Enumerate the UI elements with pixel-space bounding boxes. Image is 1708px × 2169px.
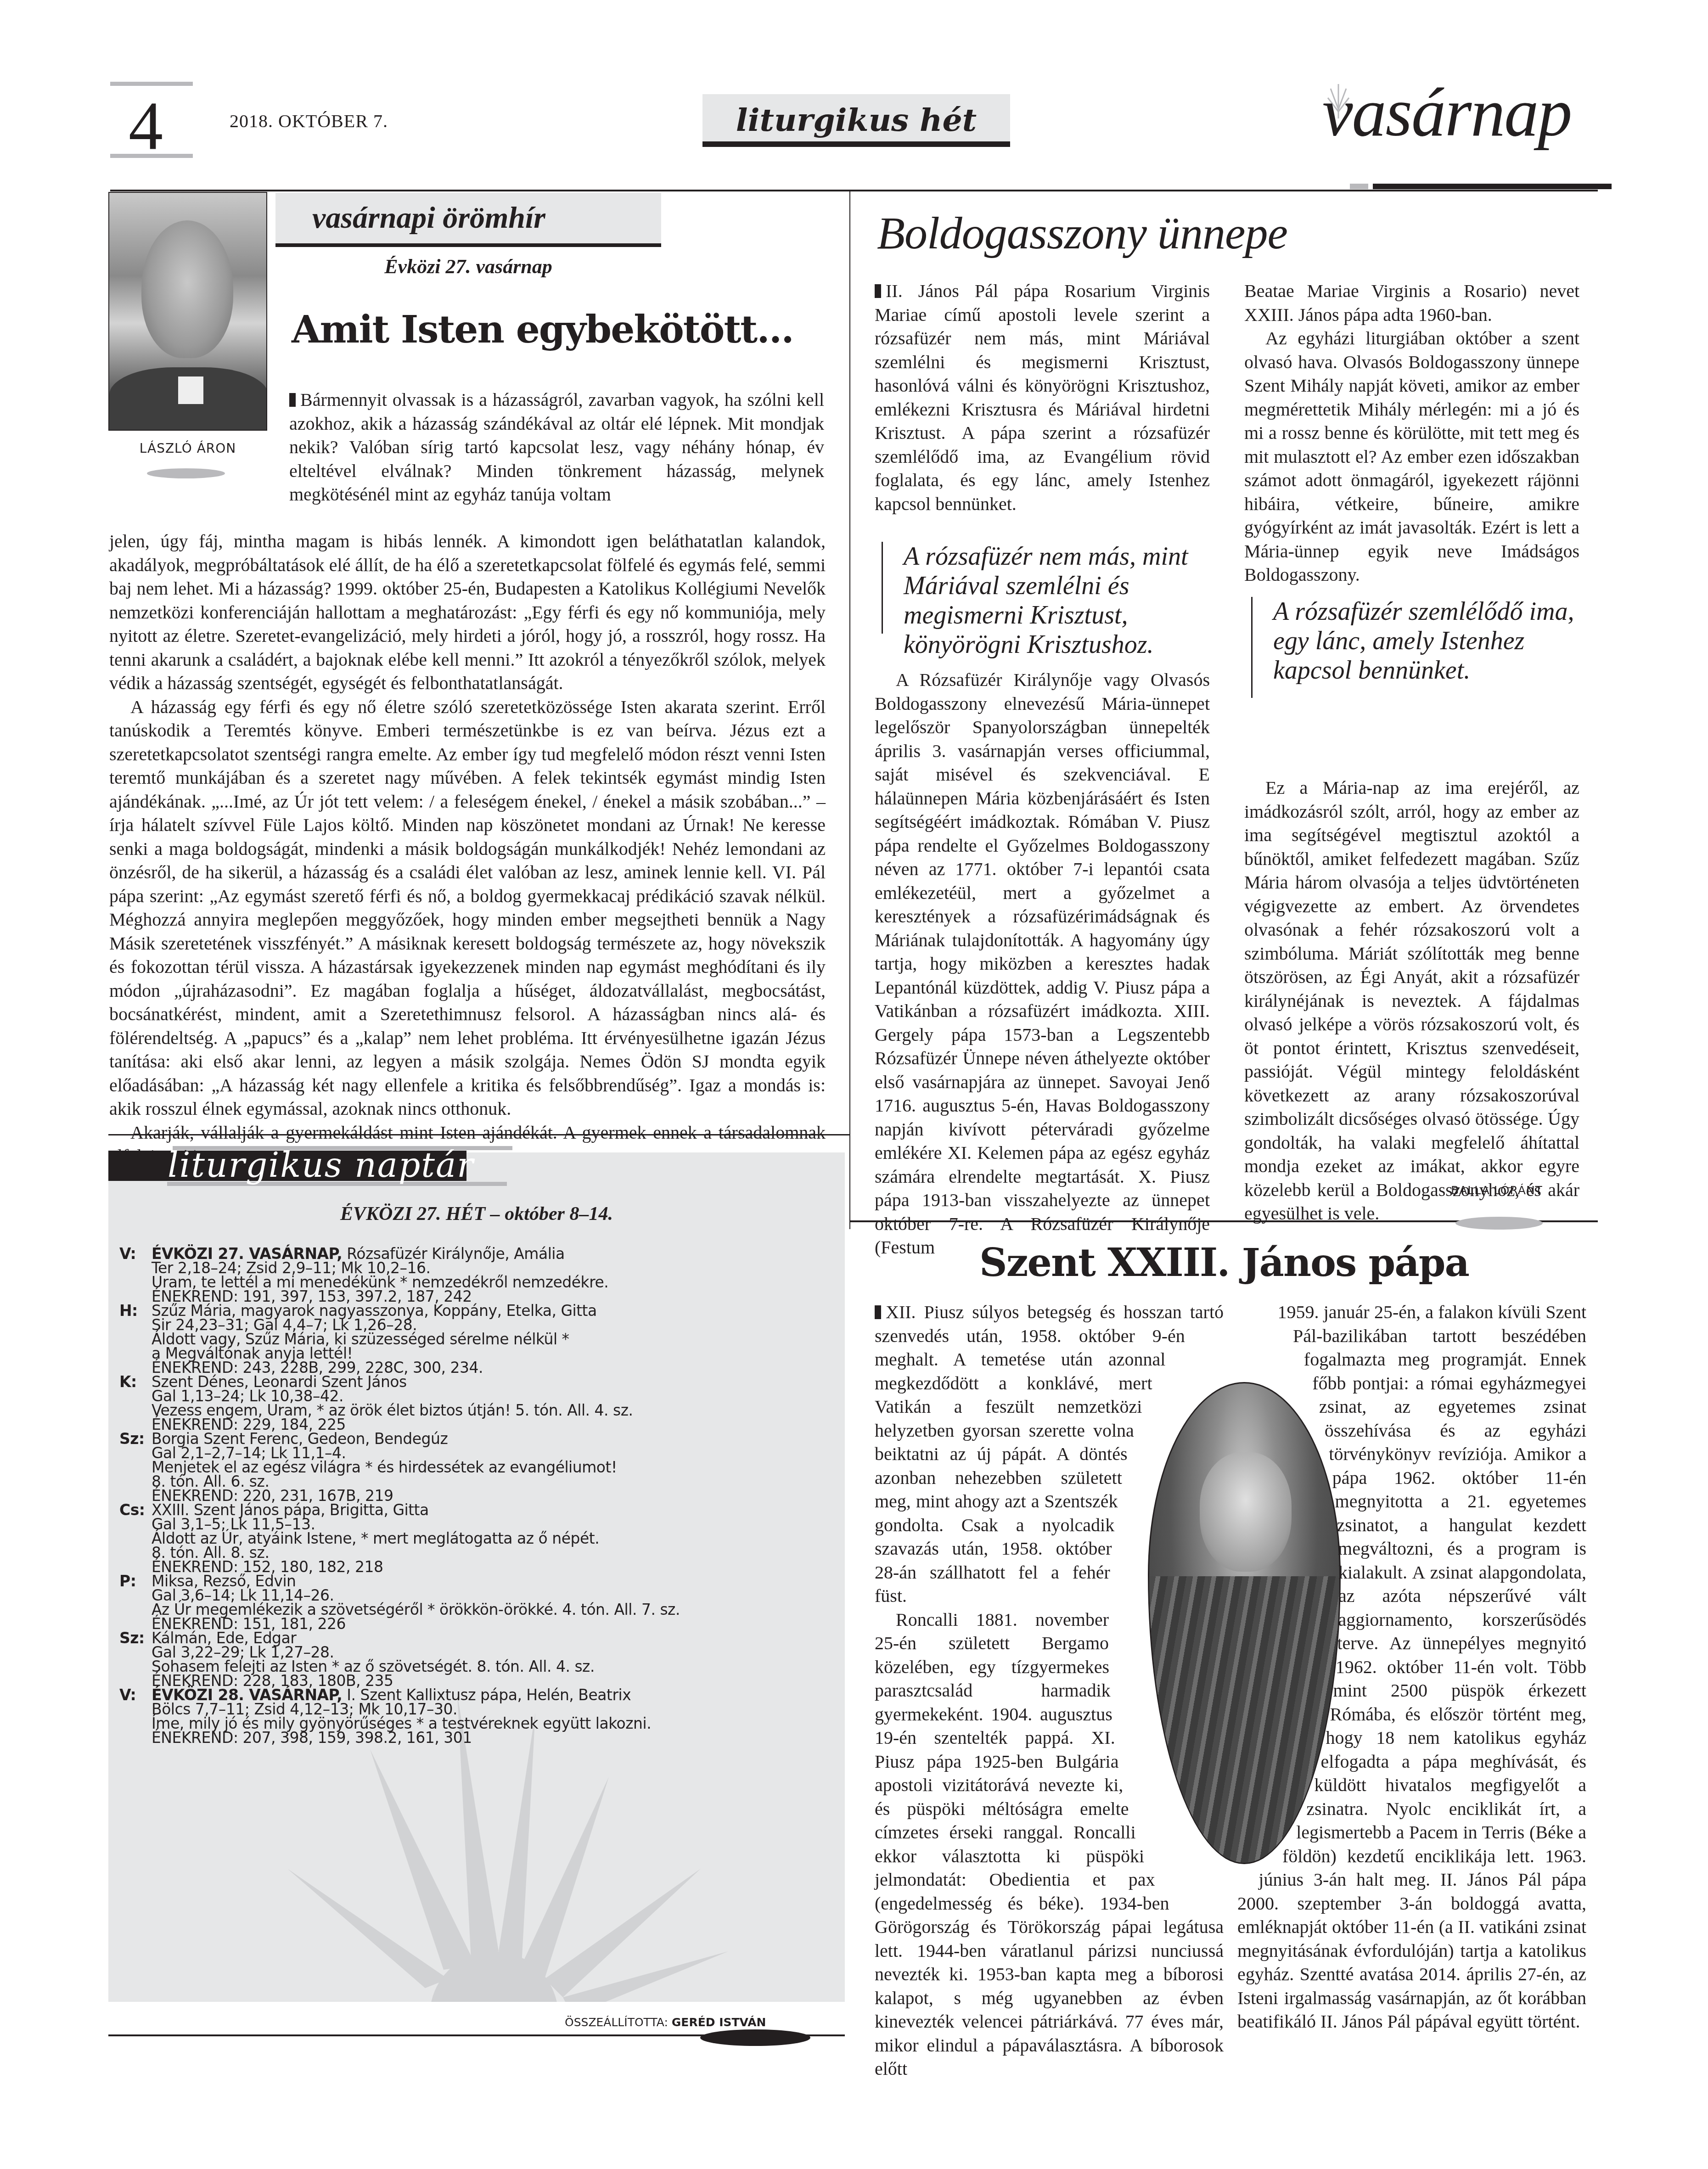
calendar-list: V:ÉVKÖZI 27. VASÁRNAP, Rózsafüzér Király… [119, 1247, 836, 1745]
column-rubric: vasárnapi örömhír [275, 193, 661, 247]
pope-column-2: 1959. január 25-én, a falakon kívüli Sze… [1237, 1300, 1586, 2034]
article-paragraph: A házasság egy férfi és egy nő életre sz… [109, 695, 826, 1121]
article-subtitle: Évközi 27. vasárnap [275, 255, 661, 278]
calendar-day: P:Miksa, Rezső, EdvinGal 3,6–14; Lk 11,1… [119, 1574, 836, 1631]
pull-quote: A rózsafüzér szemlélődő ima, egy lánc, a… [1251, 597, 1595, 698]
section-label-text: liturgikus hét [702, 94, 1010, 147]
column-divider [849, 191, 850, 1229]
calendar-day-letter: P: [119, 1574, 152, 1631]
logo-underline [1373, 184, 1612, 189]
calendar-line: ÉNEKREND: 207, 398, 159, 398.2, 161, 301 [152, 1731, 836, 1745]
article-paragraph: Az egyházi liturgiában október a szent o… [1244, 326, 1579, 587]
rosary-column-1: II. János Pál pápa Rosarium Virginis Mar… [875, 279, 1210, 516]
pope-article-title: Szent XXIII. János pápa [850, 1240, 1598, 1285]
rosary-column-3: A Rózsafüzér Királynője vagy Olvasós Bol… [875, 668, 1210, 1259]
article-body: jelen, úgy fáj, mintha magam is hibás le… [109, 529, 826, 1168]
page-number: 4 [129, 92, 163, 161]
article-paragraph: jelen, úgy fáj, mintha magam is hibás le… [109, 529, 826, 695]
calendar-decor-oval [700, 2029, 810, 2046]
lead-marker-icon [289, 393, 296, 407]
issue-date: 2018. OKTÓBER 7. [230, 110, 388, 132]
column-rubric-text: vasárnapi örömhír [275, 193, 661, 243]
header-rule [110, 190, 1598, 191]
calendar-day: Cs:XXIII. Szent János pápa, Brigitta, Gi… [119, 1503, 836, 1574]
calendar-week-label: ÉVKÖZI 27. HÉT – október 8–14. [108, 1203, 845, 1225]
article-paragraph: Bármennyit olvassak is a házasságról, za… [289, 389, 824, 505]
author-photo [108, 192, 267, 431]
article-paragraph: Beatae Mariae Virginis a Rosario) nevet … [1244, 279, 1579, 326]
newspaper-logo: vasárnap [1322, 78, 1571, 147]
page-number-top-bar [110, 82, 193, 86]
article-paragraph: A Rózsafüzér Királynője vagy Olvasós Bol… [875, 668, 1210, 1259]
calendar-day: V:ÉVKÖZI 27. VASÁRNAP, Rózsafüzér Király… [119, 1247, 836, 1304]
credit-label: ÖSSZEÁLLÍTOTTA: [565, 2016, 668, 2029]
calendar-title: liturgikus naptár [168, 1147, 474, 1184]
calendar-day: K:Szent Dénes, Leonardi Szent JánosGal 1… [119, 1375, 836, 1432]
section-rule [108, 1134, 850, 1135]
page-number-bottom-bar [110, 154, 193, 158]
calendar-day-letter: Sz: [119, 1631, 152, 1688]
rosary-column-2: Beatae Mariae Virginis a Rosario) nevet … [1244, 279, 1579, 587]
calendar-day: Sz:Kálmán, Ede, EdgarGal 3,22–29; Lk 1,2… [119, 1631, 836, 1688]
rosary-article-title: Boldogasszony ünnepe [877, 207, 1287, 259]
calendar-credit: ÖSSZEÁLLÍTOTTA: GERÉD ISTVÁN [565, 2016, 766, 2029]
pope-column-1: XII. Piusz súlyos betegség és hosszan ta… [875, 1300, 1224, 2081]
calendar-day-letter: H: [119, 1304, 152, 1375]
lead-marker-icon [875, 284, 881, 298]
calendar-day-letter: V: [119, 1247, 152, 1304]
pull-quote: A rózsafüzér nem más, mint Máriával szem… [882, 542, 1225, 634]
article-headline: Amit Isten egybekötött... [292, 308, 793, 352]
lead-marker-icon [875, 1305, 881, 1319]
calendar-day-letter: Sz: [119, 1432, 152, 1503]
calendar-day: H:Szűz Mária, magyarok nagyasszonya, Kop… [119, 1304, 836, 1375]
logo-underline-accent [1350, 184, 1368, 189]
calendar-day: V:ÉVKÖZI 28. VASÁRNAP, I. Szent Kallixtu… [119, 1688, 836, 1745]
article-paragraph: Ez a Mária-nap az ima erejéről, az imádk… [1244, 776, 1579, 1225]
article-intro: Bármennyit olvassak is a házasságról, za… [289, 388, 824, 506]
rosary-author: BALLA LÓRÁNT [1451, 1184, 1543, 1197]
section-decor-oval [1455, 1217, 1543, 1230]
article-paragraph: II. János Pál pápa Rosarium Virginis Mar… [875, 281, 1210, 514]
calendar-day-letter: V: [119, 1688, 152, 1745]
section-label: liturgikus hét [702, 94, 1010, 147]
author-decor-oval [147, 468, 225, 478]
author-name: LÁSZLÓ ÁRON [108, 441, 267, 456]
calendar-day-letter: K: [119, 1375, 152, 1432]
calendar-day-letter: Cs: [119, 1503, 152, 1574]
rosary-column-4: Ez a Mária-nap az ima erejéről, az imádk… [1244, 776, 1579, 1225]
calendar-day: Sz:Borgia Szent Ferenc, Gedeon, Bendegúz… [119, 1432, 836, 1503]
credit-name: GERÉD ISTVÁN [672, 2016, 766, 2029]
